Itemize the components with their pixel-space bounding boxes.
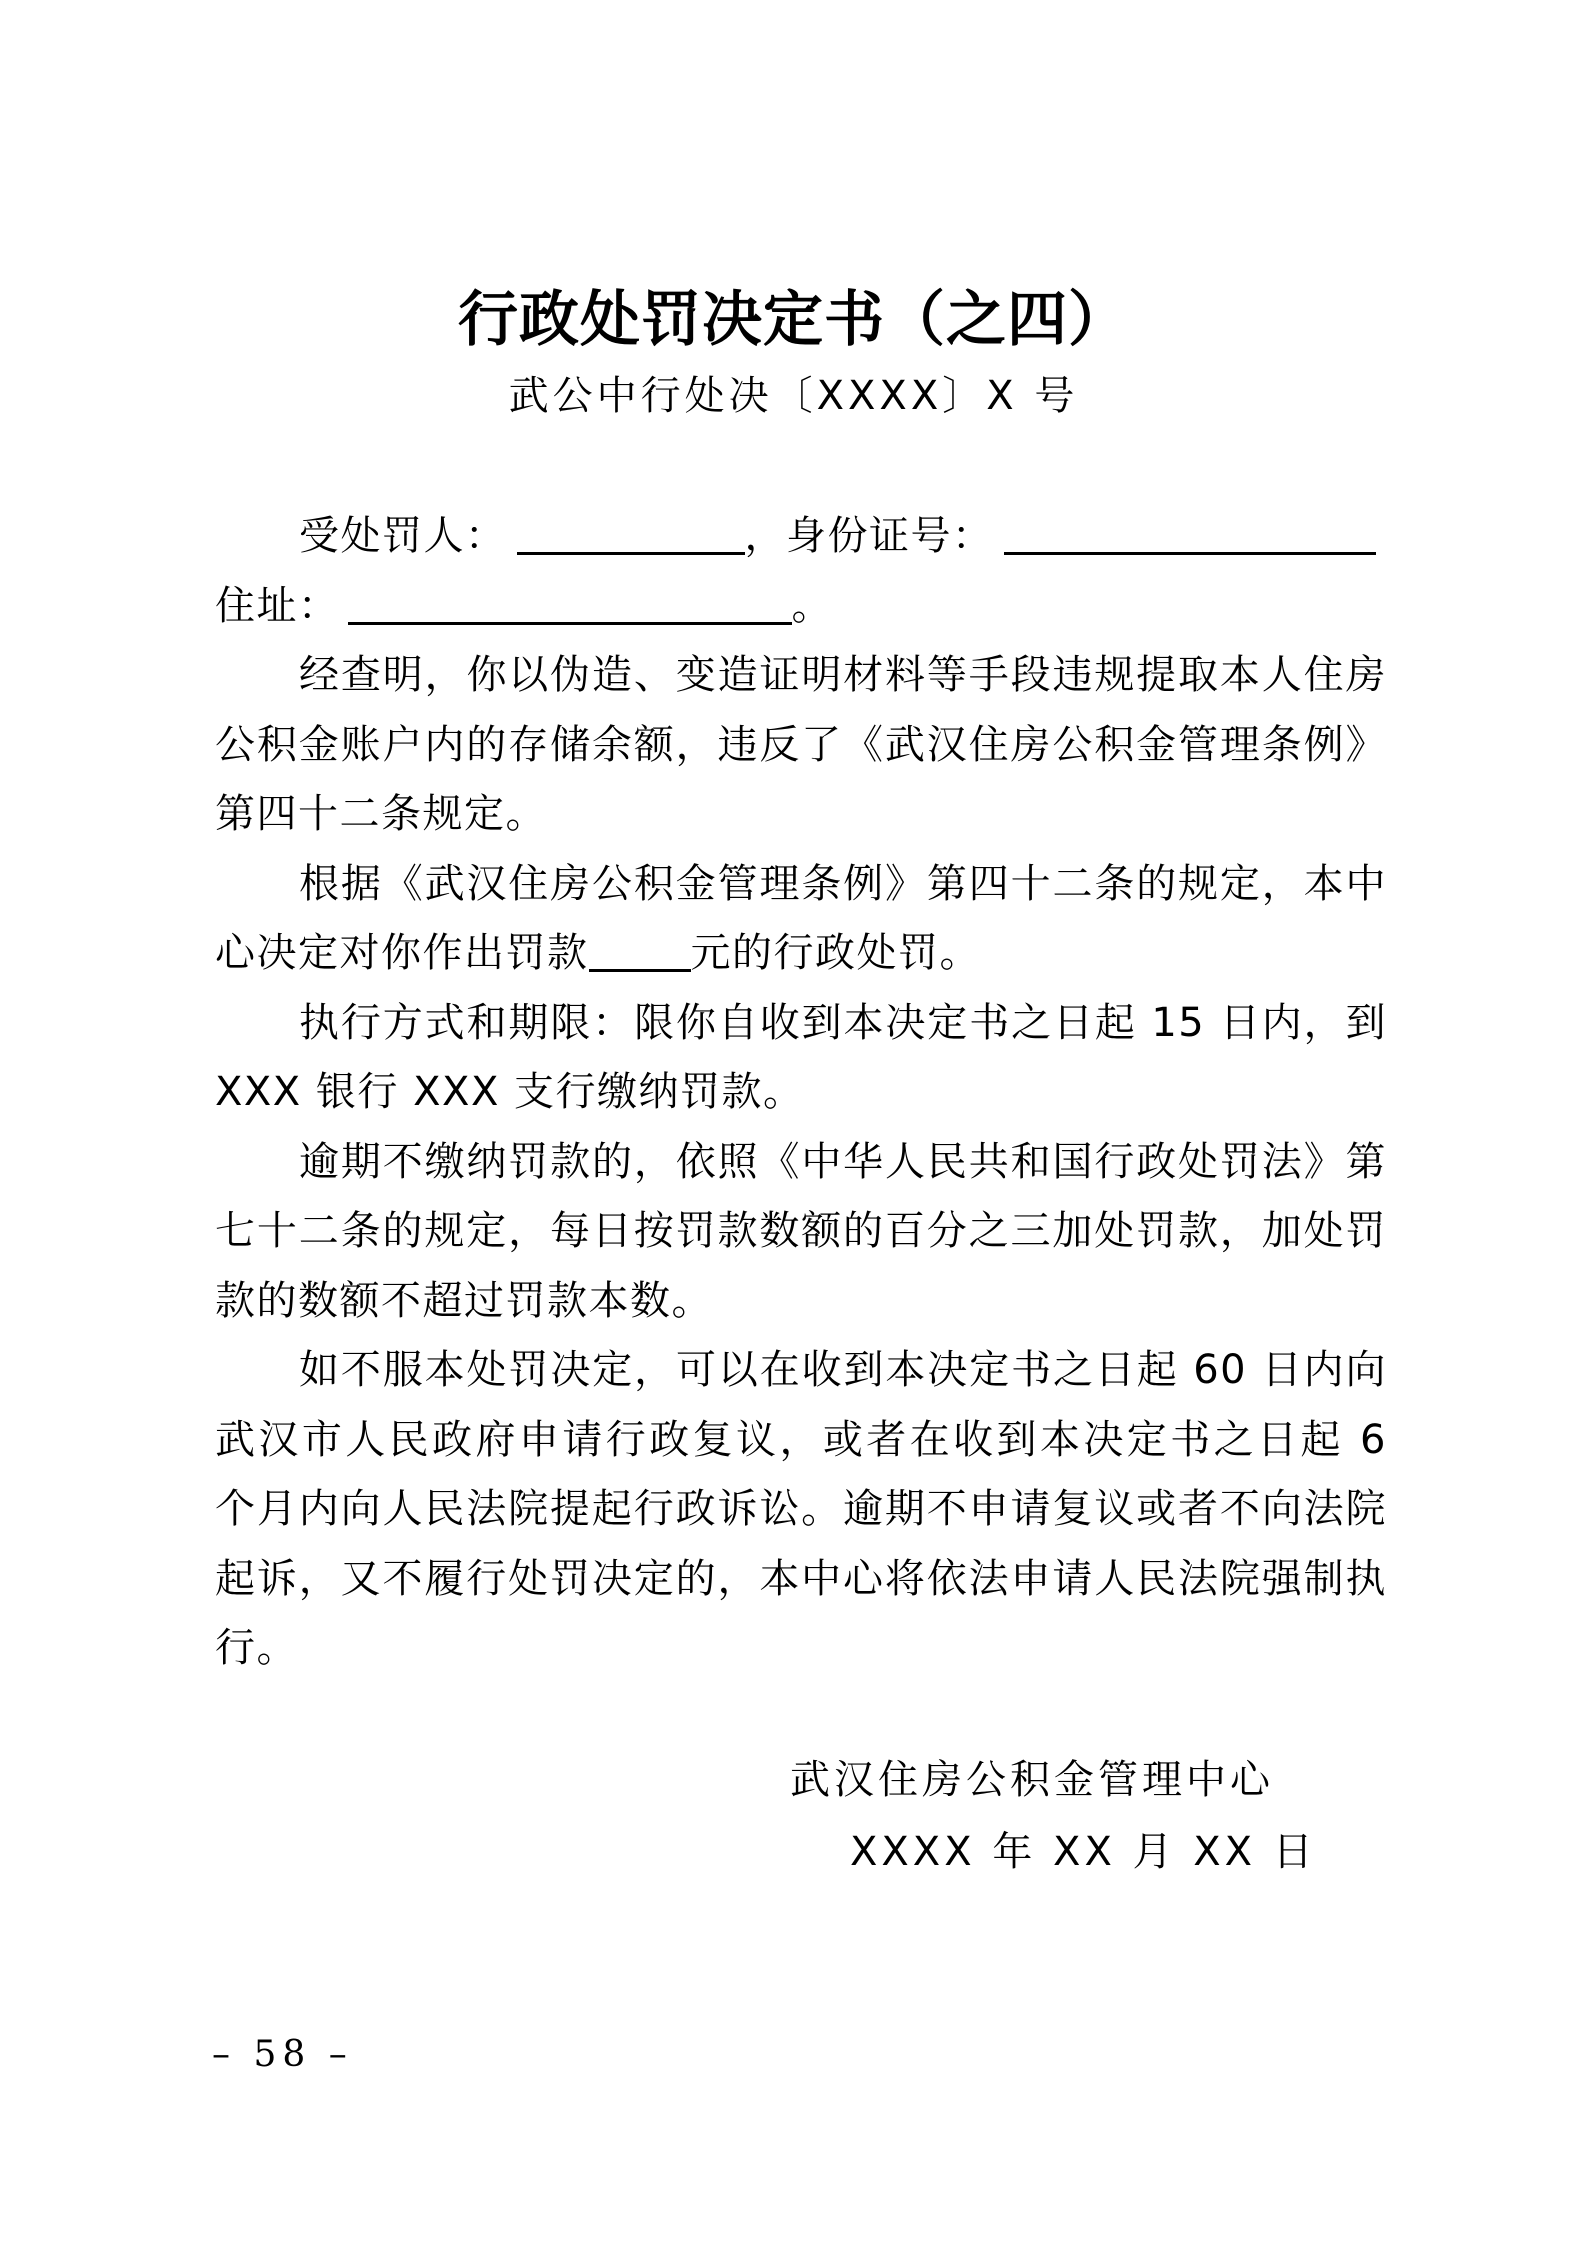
address-label: 住址： xyxy=(215,583,340,629)
id-number-label: ，身份证号： xyxy=(745,513,994,559)
findings-paragraph: 经查明，你以伪造、变造证明材料等手段违规提取本人住房公积金账户内的存储余额，违反… xyxy=(215,641,1387,850)
document-title: 行政处罚决定书（之四） xyxy=(0,280,1587,360)
document-body: 受处罚人：，身份证号： 住址：。 经查明，你以伪造、变造证明材料等手段违规提取本… xyxy=(215,502,1387,1684)
execution-paragraph: 执行方式和期限：限你自收到本决定书之日起 15 日内，到 XXX 银行 XXX … xyxy=(215,989,1387,1128)
penalized-person-name-blank[interactable] xyxy=(517,512,745,555)
penalized-person-line: 受处罚人：，身份证号： xyxy=(215,502,1387,572)
address-end: 。 xyxy=(792,583,834,629)
issue-date: XXXX 年 XX 月 XX 日 xyxy=(850,1817,1317,1887)
document-number: 武公中行处决〔XXXX〕X 号 xyxy=(0,366,1587,426)
id-number-blank[interactable] xyxy=(1004,512,1376,555)
fine-amount-blank[interactable] xyxy=(589,929,691,972)
page-number: – 58 – xyxy=(212,2030,353,2080)
penalized-person-label: 受处罚人： xyxy=(299,513,507,559)
decision-paragraph: 根据《武汉住房公积金管理条例》第四十二条的规定，本中心决定对你作出罚款元的行政处… xyxy=(215,850,1387,989)
document-page: 行政处罚决定书（之四） 武公中行处决〔XXXX〕X 号 受处罚人：，身份证号： … xyxy=(0,0,1587,2245)
issuing-organization: 武汉住房公积金管理中心 xyxy=(790,1745,1274,1815)
appeal-paragraph: 如不服本处罚决定，可以在收到本决定书之日起 60 日内向武汉市人民政府申请行政复… xyxy=(215,1336,1387,1684)
address-blank[interactable] xyxy=(348,582,792,625)
overdue-paragraph: 逾期不缴纳罚款的，依照《中华人民共和国行政处罚法》第七十二条的规定，每日按罚款数… xyxy=(215,1128,1387,1337)
address-line: 住址：。 xyxy=(215,572,1387,642)
decision-text-after: 元的行政处罚。 xyxy=(691,930,982,976)
